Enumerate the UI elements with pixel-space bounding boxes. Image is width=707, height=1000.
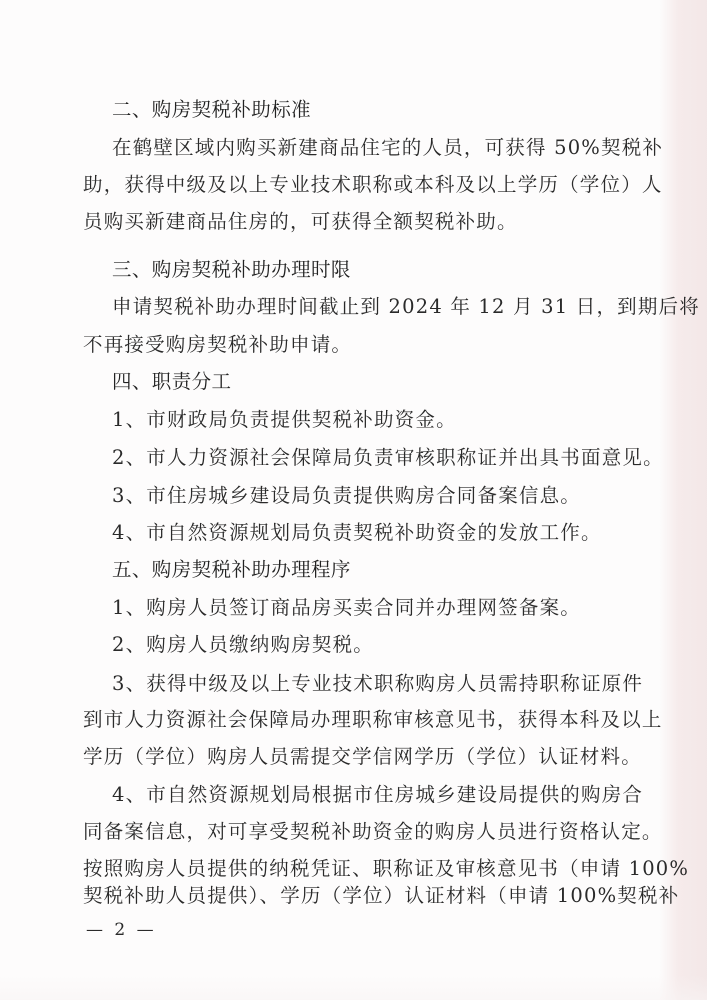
- paragraph-line: 到市人力资源社会保障局办理职称审核意见书，获得本科及以上: [83, 708, 663, 732]
- paragraph-line: 员购买新建商品住房的，可获得全额契税补助。: [83, 210, 518, 234]
- paragraph-line: 同备案信息，对可享受契税补助资金的购房人员进行资格认定。: [83, 820, 663, 844]
- list-item: 1、购房人员签订商品房买卖合同并办理网签备案。: [112, 596, 581, 620]
- list-item: 4、市自然资源规划局负责契税补助资金的发放工作。: [112, 521, 602, 545]
- paragraph-line: 申请契税补助办理时间截止到 2024 年 12 月 31 日，到期后将: [112, 295, 700, 319]
- page-bottom-shadow: [0, 975, 707, 1000]
- paragraph-line: 学历（学位）购房人员需提交学信网学历（学位）认证材料。: [83, 745, 642, 769]
- paragraph-line: 在鹤壁区域内购买新建商品住宅的人员，可获得 50%契税补: [112, 136, 663, 160]
- list-item: 1、市财政局负责提供契税补助资金。: [112, 408, 457, 432]
- section-heading-deadline: 三、购房契税补助办理时限: [112, 258, 351, 282]
- page-number: — 2 —: [86, 918, 157, 942]
- list-item: 2、市人力资源社会保障局负责审核职称证并出具书面意见。: [112, 446, 664, 470]
- section-heading-procedure: 五、购房契税补助办理程序: [112, 558, 351, 582]
- paragraph-line: 不再接受购房契税补助申请。: [83, 333, 352, 357]
- section-heading-responsibilities: 四、职责分工: [112, 370, 231, 394]
- list-item: 3、获得中级及以上专业技术职称购房人员需持职称证原件: [112, 672, 643, 696]
- paragraph-line: 助，获得中级及以上专业技术职称或本科及以上学历（学位）人: [83, 173, 663, 197]
- list-item: 2、购房人员缴纳购房契税。: [112, 633, 374, 657]
- list-item: 3、市住房城乡建设局负责提供购房合同备案信息。: [112, 484, 581, 508]
- list-item: 4、市自然资源规划局根据市住房城乡建设局提供的购房合: [112, 783, 643, 807]
- section-heading-subsidy-standard: 二、购房契税补助标准: [112, 98, 311, 122]
- page-edge-shadow: [659, 0, 707, 1000]
- paragraph-line: 按照购房人员提供的纳税凭证、职称证及审核意见书（申请 100%: [83, 857, 689, 881]
- paragraph-line: 契税补助人员提供）、学历（学位）认证材料（申请 100%契税补: [83, 884, 679, 908]
